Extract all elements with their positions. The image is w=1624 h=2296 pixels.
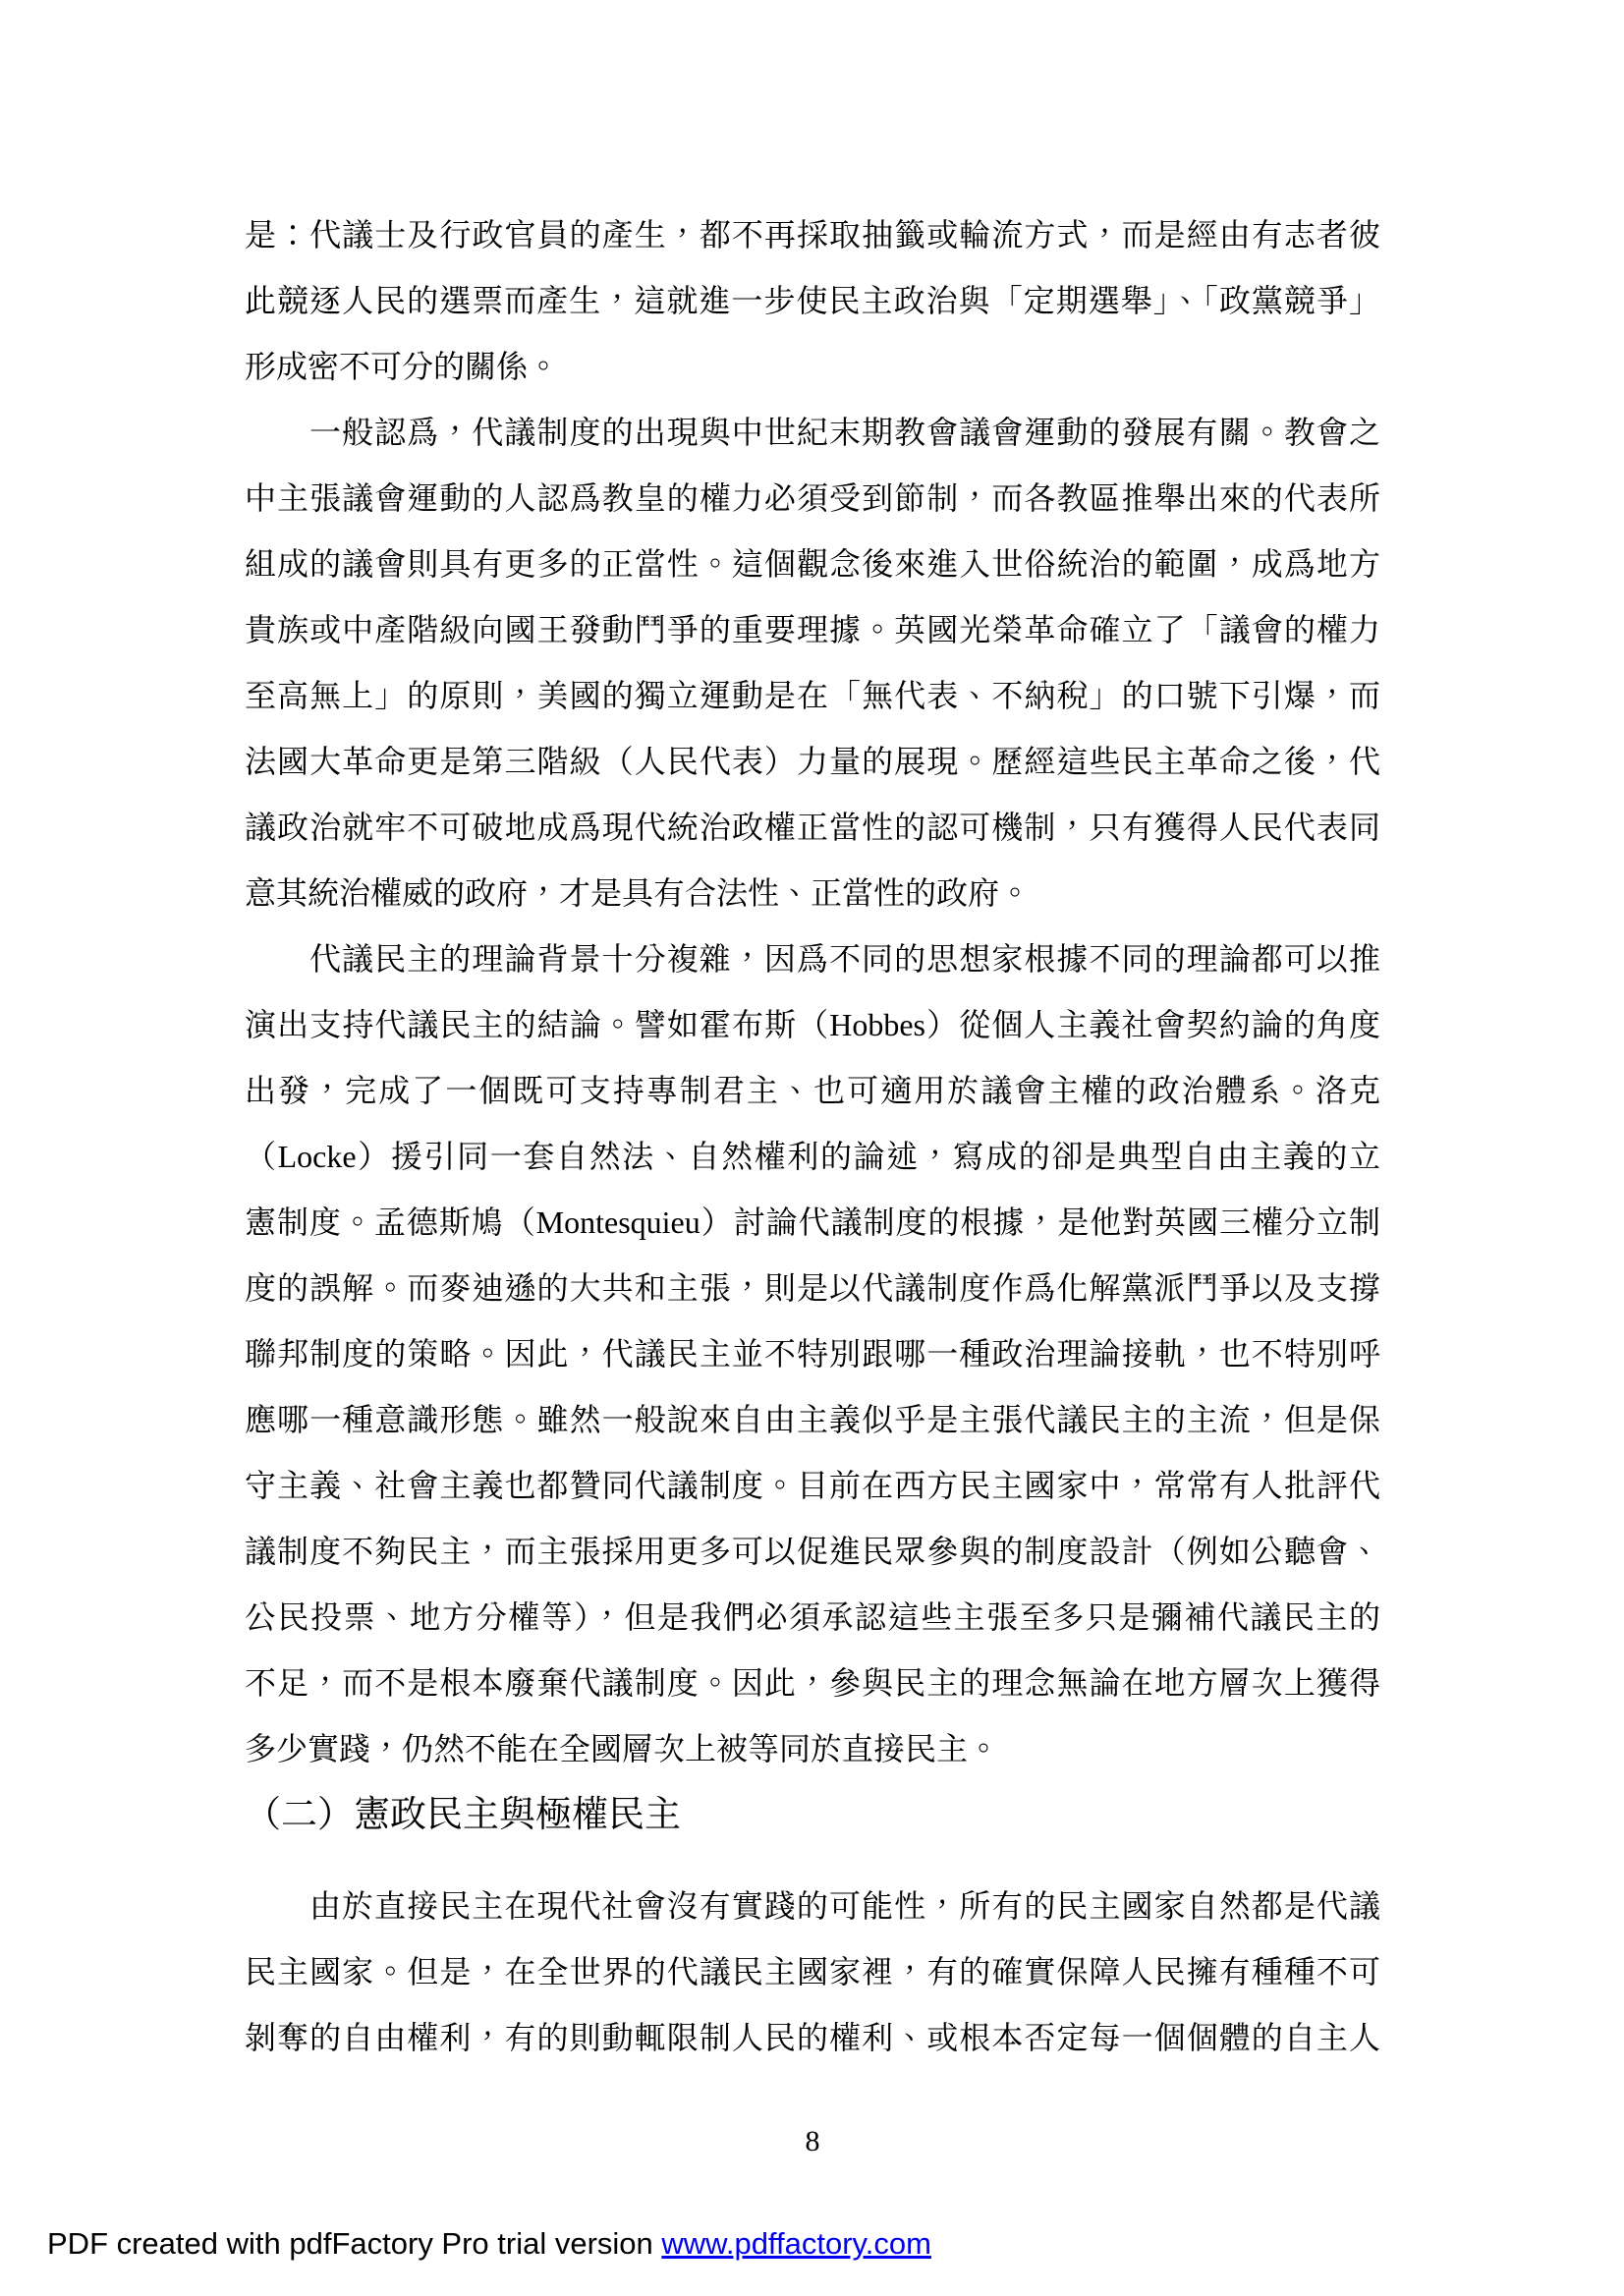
text-line: 由於直接民主在現代社會沒有實踐的可能性，所有的民主國家自然都是代議 [245, 1874, 1380, 1939]
text-line: 一般認爲，代議制度的出現與中世紀末期教會議會運動的發展有關。教會之 [245, 400, 1380, 466]
watermark-link[interactable]: www.pdffactory.com [661, 2226, 931, 2261]
text-line: 此競逐人民的選票而產生，這就進一步使民主政治與「定期選舉」、「政黨競爭」 [245, 268, 1380, 334]
page-number: 8 [245, 2122, 1380, 2161]
text-line: 中主張議會運動的人認爲教皇的權力必須受到節制，而各教區推舉出來的代表所 [245, 466, 1380, 532]
text-line: 議制度不夠民主，而主張採用更多可以促進民眾參與的制度設計（例如公聽會、 [245, 1519, 1380, 1585]
watermark-text: PDF created with pdfFactory Pro trial ve… [47, 2226, 661, 2261]
text-line: 演出支持代議民主的結論。譬如霍布斯（Hobbes）從個人主義社會契約論的角度 [245, 992, 1380, 1058]
paragraph: 一般認爲，代議制度的出現與中世紀末期教會議會運動的發展有關。教會之 中主張議會運… [245, 400, 1380, 926]
text-line: 意其統治權威的政府，才是具有合法性、正當性的政府。 [245, 861, 1380, 926]
document-page: 是：代議士及行政官員的產生，都不再採取抽籤或輪流方式，而是經由有志者彼 此競逐人… [0, 0, 1624, 2296]
text-line: 代議民主的理論背景十分複雜，因爲不同的思想家根據不同的理論都可以推 [245, 926, 1380, 992]
text-line: 多少實踐，仍然不能在全國層次上被等同於直接民主。 [245, 1716, 1380, 1782]
text-line: 形成密不可分的關係。 [245, 334, 1380, 400]
paragraph: 代議民主的理論背景十分複雜，因爲不同的思想家根據不同的理論都可以推 演出支持代議… [245, 926, 1380, 1782]
page-body: 是：代議士及行政官員的產生，都不再採取抽籤或輪流方式，而是經由有志者彼 此競逐人… [245, 202, 1380, 2161]
text-line: （Locke）援引同一套自然法、自然權利的論述，寫成的卻是典型自由主義的立 [245, 1124, 1380, 1190]
text-line: 貴族或中產階級向國王發動鬥爭的重要理據。英國光榮革命確立了「議會的權力 [245, 597, 1380, 663]
text-line: 法國大革命更是第三階級（人民代表）力量的展現。歷經這些民主革命之後，代 [245, 729, 1380, 795]
text-line: 至高無上」的原則，美國的獨立運動是在「無代表、不納稅」的口號下引爆，而 [245, 663, 1380, 729]
text-line: 公民投票、地方分權等），但是我們必須承認這些主張至多只是彌補代議民主的 [245, 1585, 1380, 1651]
paragraph: 由於直接民主在現代社會沒有實踐的可能性，所有的民主國家自然都是代議 民主國家。但… [245, 1874, 1380, 2071]
text-line: 應哪一種意識形態。雖然一般說來自由主義似乎是主張代議民主的主流，但是保 [245, 1387, 1380, 1453]
text-line: 組成的議會則具有更多的正當性。這個觀念後來進入世俗統治的範圍，成爲地方 [245, 532, 1380, 597]
text-line: 聯邦制度的策略。因此，代議民主並不特別跟哪一種政治理論接軌，也不特別呼 [245, 1321, 1380, 1387]
text-line: 剝奪的自由權利，有的則動輒限制人民的權利、或根本否定每一個個體的自主人 [245, 2005, 1380, 2071]
text-line: 守主義、社會主義也都贊同代議制度。目前在西方民主國家中，常常有人批評代 [245, 1453, 1380, 1519]
pdf-watermark: PDF created with pdfFactory Pro trial ve… [47, 2224, 931, 2264]
text-line: 憲制度。孟德斯鳩（Montesquieu）討論代議制度的根據，是他對英國三權分立… [245, 1190, 1380, 1256]
text-line: 不足，而不是根本廢棄代議制度。因此，參與民主的理念無論在地方層次上獲得 [245, 1651, 1380, 1716]
section-heading: （二）憲政民主與極權民主 [245, 1782, 1380, 1848]
text-line: 度的誤解。而麥迪遜的大共和主張，則是以代議制度作爲化解黨派鬥爭以及支撐 [245, 1256, 1380, 1321]
text-line: 出發，完成了一個既可支持專制君主、也可適用於議會主權的政治體系。洛克 [245, 1058, 1380, 1124]
paragraph: 是：代議士及行政官員的產生，都不再採取抽籤或輪流方式，而是經由有志者彼 此競逐人… [245, 202, 1380, 400]
text-line: 民主國家。但是，在全世界的代議民主國家裡，有的確實保障人民擁有種種不可 [245, 1939, 1380, 2005]
text-line: 議政治就牢不可破地成爲現代統治政權正當性的認可機制，只有獲得人民代表同 [245, 795, 1380, 861]
text-line: 是：代議士及行政官員的產生，都不再採取抽籤或輪流方式，而是經由有志者彼 [245, 202, 1380, 268]
